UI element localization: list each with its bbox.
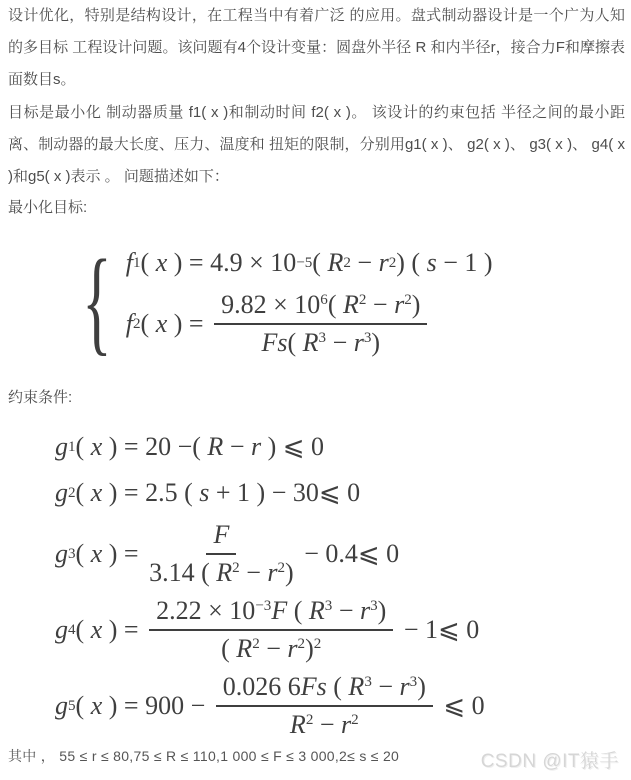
left-brace-glyph: { bbox=[82, 242, 112, 360]
formula-f1: f1( x ) = 4.9 × 10−5( R2 − r2) ( s − 1 ) bbox=[126, 244, 493, 282]
formula-g3: g3( x ) = F3.14 ( R2 − r2) − 0.4⩽ 0 bbox=[55, 520, 485, 588]
formula-g2: g2( x ) = 2.5 ( s + 1 ) − 30⩽ 0 bbox=[55, 474, 485, 512]
csdn-watermark: CSDN @IT猿手 bbox=[481, 746, 619, 773]
constraint-formula-block: g1( x ) = 20 −( R − r ) ⩽ 0 g2( x ) = 2.… bbox=[55, 424, 485, 744]
objective-formula-block: { f1( x ) = 4.9 × 10−5( R2 − r2) ( s − 1… bbox=[70, 240, 493, 362]
formula-g1: g1( x ) = 20 −( R − r ) ⩽ 0 bbox=[55, 428, 485, 466]
paragraph-objectives-desc: 目标是最小化 制动器质量 f1( x )和制动时间 f2( x )。 该设计的约… bbox=[8, 97, 625, 193]
constraints-heading: 约束条件: bbox=[8, 386, 72, 410]
objectives-heading: 最小化目标: bbox=[8, 196, 87, 220]
paragraph-intro: 设计优化，特别是结构设计，在工程当中有着广泛 的应用。盘式制动器设计是一个广为人… bbox=[8, 0, 625, 96]
formula-g5: g5( x ) = 900 − 0.026 6Fs ( R3 − r3)R2 −… bbox=[55, 672, 485, 740]
formula-g4: g4( x ) = 2.22 × 10−3F ( R3 − r3)( R2 − … bbox=[55, 596, 485, 664]
formula-f2: f2( x ) = 9.82 × 106( R2 − r2)Fs( R3 − r… bbox=[126, 290, 493, 358]
article-page: 设计优化，特别是结构设计，在工程当中有着广泛 的应用。盘式制动器设计是一个广为人… bbox=[0, 0, 631, 780]
variable-ranges-text: 其中 ， 55 ≤ r ≤ 80,75 ≤ R ≤ 110,1 000 ≤ F … bbox=[8, 744, 399, 768]
objective-formula-lines: f1( x ) = 4.9 × 10−5( R2 − r2) ( s − 1 )… bbox=[126, 240, 493, 362]
